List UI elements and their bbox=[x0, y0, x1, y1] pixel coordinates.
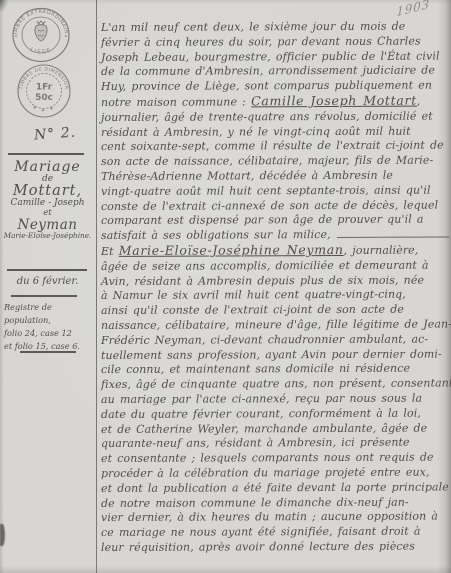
text-line: à Namur le six avril mil huit cent quatr… bbox=[101, 288, 448, 304]
margin-rule-line bbox=[96, 0, 97, 573]
corner-pencil-mark: 1903 bbox=[397, 0, 431, 19]
dimension-tax-stamp: TIMBRE DE DIMENSION ✦ ✦ ✦ 1Fr 50c bbox=[16, 63, 72, 119]
text-line: Frédéric Neyman, ci-devant chaudronnier … bbox=[101, 332, 448, 348]
margin-title-block: MariagedeMottart,Camille - JosephetNeyma… bbox=[0, 160, 95, 240]
margin-divider bbox=[7, 269, 87, 271]
margin-divider bbox=[20, 351, 76, 353]
scan-edge-blot bbox=[0, 524, 5, 546]
text-line: ainsi qu'il conste de l'extrait ci-joint… bbox=[101, 303, 448, 319]
scanned-marriage-act-page: { "page": { "corner_mark": "1903" }, "st… bbox=[0, 0, 451, 573]
seal-arc-bottom-text: LIEGE bbox=[29, 47, 53, 56]
svg-text:✦ ✦ ✦: ✦ ✦ ✦ bbox=[31, 105, 57, 114]
text-line: quarante-neuf ans, résidant à Ambresin, … bbox=[101, 436, 448, 452]
margin-title-line: Mariage bbox=[0, 160, 95, 175]
text-line: procéder à la célébration du mariage pro… bbox=[101, 465, 448, 481]
text-line: Et Marie-Eloïse-Joséphine Neyman, journa… bbox=[101, 242, 448, 259]
text-line: vingt-quatre août mil huit cent septante… bbox=[101, 183, 448, 199]
text-line: vier dernier, à dix heures du matin ; au… bbox=[101, 510, 448, 526]
register-note-line: Registre de population, bbox=[4, 301, 96, 327]
text-line: au mariage par l'acte ci-annexé, reçu pa… bbox=[101, 391, 448, 407]
scan-corner-blot bbox=[0, 0, 8, 12]
text-line: fixes, âgé de cinquante quatre ans, non … bbox=[101, 377, 448, 393]
line-filler-dash bbox=[337, 231, 449, 239]
text-line: février à cinq heures du soir, par devan… bbox=[101, 34, 448, 50]
text-line: date du quatre février courant, conformé… bbox=[101, 406, 448, 422]
svg-text:LIEGE: LIEGE bbox=[29, 47, 53, 56]
text-line: journalier, âgé de trente-quatre ans rév… bbox=[101, 109, 448, 125]
margin-title-line: Mottart, bbox=[0, 184, 95, 199]
text-line: leur réquisition, après avoir donné lect… bbox=[101, 539, 448, 555]
stamp-value-francs: 1Fr bbox=[36, 83, 53, 93]
dimension-wreath-icon: ✦ ✦ ✦ bbox=[31, 105, 57, 114]
act-text: L'an mil neuf cent deux, le sixième jour… bbox=[101, 21, 448, 556]
text-line: cile connu, et maintenant sans domicile … bbox=[101, 362, 448, 378]
crowned-lion-crest-icon bbox=[35, 21, 47, 41]
stamp-value-centimes: 50c bbox=[35, 93, 53, 103]
text-line: âgée de seize ans accomplis, domiciliée … bbox=[101, 258, 448, 274]
act-number: N° 2. bbox=[33, 125, 76, 144]
text-line: Thérèse-Adrienne Mottart, décédée à Ambr… bbox=[101, 168, 448, 184]
margin-date-note: du 6 février. bbox=[0, 276, 95, 287]
text-line: L'an mil neuf cent deux, le sixième jour… bbox=[101, 19, 448, 35]
underlined-name: Marie-Eloïse-Joséphine Neyman bbox=[119, 242, 344, 258]
margin-divider bbox=[11, 295, 77, 297]
text-line: et dont la publication a été faite devan… bbox=[101, 480, 448, 496]
margin-title-line: Neyman bbox=[0, 218, 95, 232]
text-line: comparant est dispensé par son âge de pr… bbox=[101, 213, 448, 229]
text-line: naissance, célibataire, mineure d'âge, f… bbox=[101, 317, 448, 333]
margin-divider bbox=[8, 153, 84, 155]
text-line: ce mariage ne nous ayant été signifiée, … bbox=[101, 525, 448, 541]
margin-register-note: Registre de population,folio 24, case 12… bbox=[4, 301, 96, 353]
margin-title-line: Marie-Eloïse-Joséphine. bbox=[0, 232, 95, 240]
text-line: et consentante ; lesquels comparants nou… bbox=[101, 451, 448, 467]
text-line: son acte de naissance, célibataire, maje… bbox=[101, 154, 448, 170]
register-note-line: folio 24, case 12 bbox=[4, 327, 96, 340]
text-line: notre maison commune : Camille Joseph Mo… bbox=[101, 93, 448, 110]
underlined-name: Camille Joseph Mottart bbox=[251, 93, 417, 109]
official-seal-stamp: TIMBRE EXTRAORDINAIRE LIEGE bbox=[10, 6, 74, 66]
